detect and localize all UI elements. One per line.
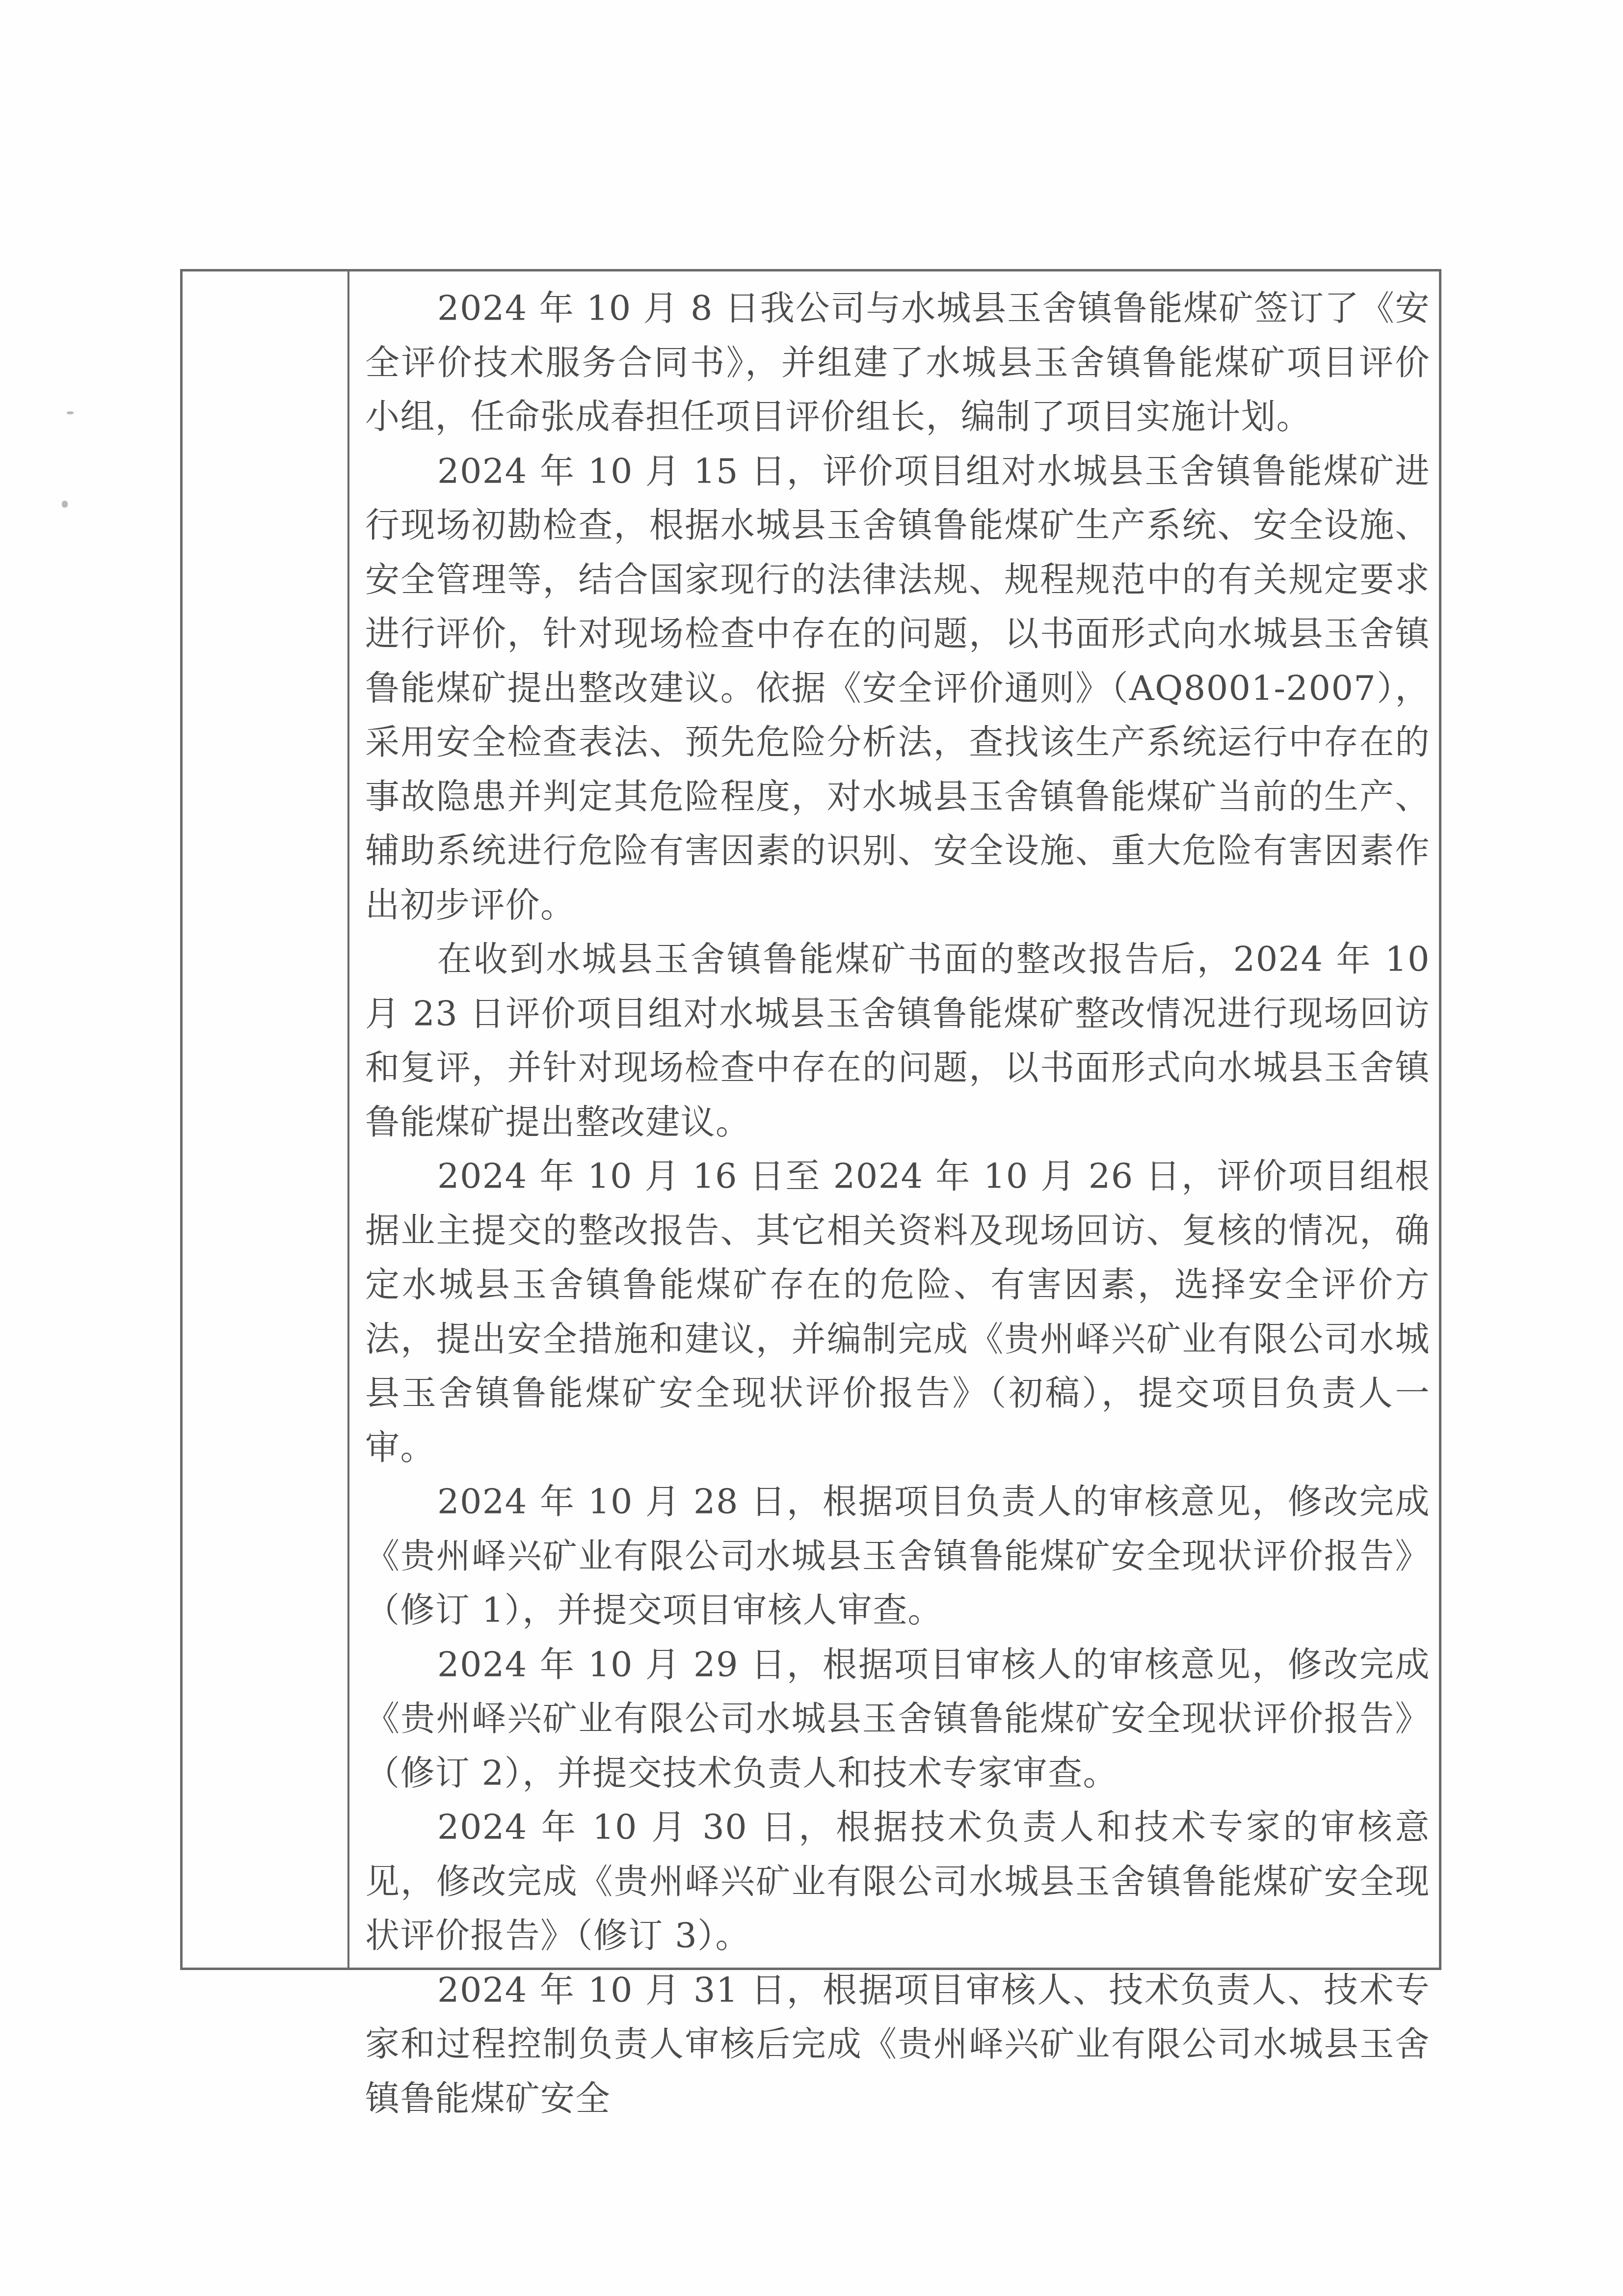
process-record-table: 2024 年 10 月 8 日我公司与水城县玉舍镇鲁能煤矿签订了《安全评价技术服…: [180, 269, 1441, 1970]
scan-artifact: [67, 411, 74, 414]
paragraph-revision-1: 2024 年 10 月 28 日，根据项目负责人的审核意见，修改完成《贵州峄兴矿…: [365, 1475, 1430, 1638]
left-label-cell: [183, 271, 347, 1968]
content-cell: 2024 年 10 月 8 日我公司与水城县玉舍镇鲁能煤矿签订了《安全评价技术服…: [365, 281, 1430, 2126]
paragraph-revision-2: 2024 年 10 月 29 日，根据项目审核人的审核意见，修改完成《贵州峄兴矿…: [365, 1638, 1430, 1801]
scan-artifact: [62, 501, 68, 508]
paragraph-final-review: 2024 年 10 月 31 日，根据项目审核人、技术负责人、技术专家和过程控制…: [365, 1963, 1430, 2126]
paragraph-revision-3: 2024 年 10 月 30 日，根据技术负责人和技术专家的审核意见，修改完成《…: [365, 1800, 1430, 1963]
paragraph-contract-signing: 2024 年 10 月 8 日我公司与水城县玉舍镇鲁能煤矿签订了《安全评价技术服…: [365, 281, 1430, 444]
column-divider: [347, 271, 349, 1968]
paragraph-draft-report: 2024 年 10 月 16 日至 2024 年 10 月 26 日，评价项目组…: [365, 1149, 1430, 1475]
scanned-page: 2024 年 10 月 8 日我公司与水城县玉舍镇鲁能煤矿签订了《安全评价技术服…: [0, 0, 1623, 2296]
paragraph-revisit: 在收到水城县玉舍镇鲁能煤矿书面的整改报告后，2024 年 10 月 23 日评价…: [365, 932, 1430, 1149]
paragraph-initial-survey: 2024 年 10 月 15 日，评价项目组对水城县玉舍镇鲁能煤矿进行现场初勘检…: [365, 444, 1430, 933]
